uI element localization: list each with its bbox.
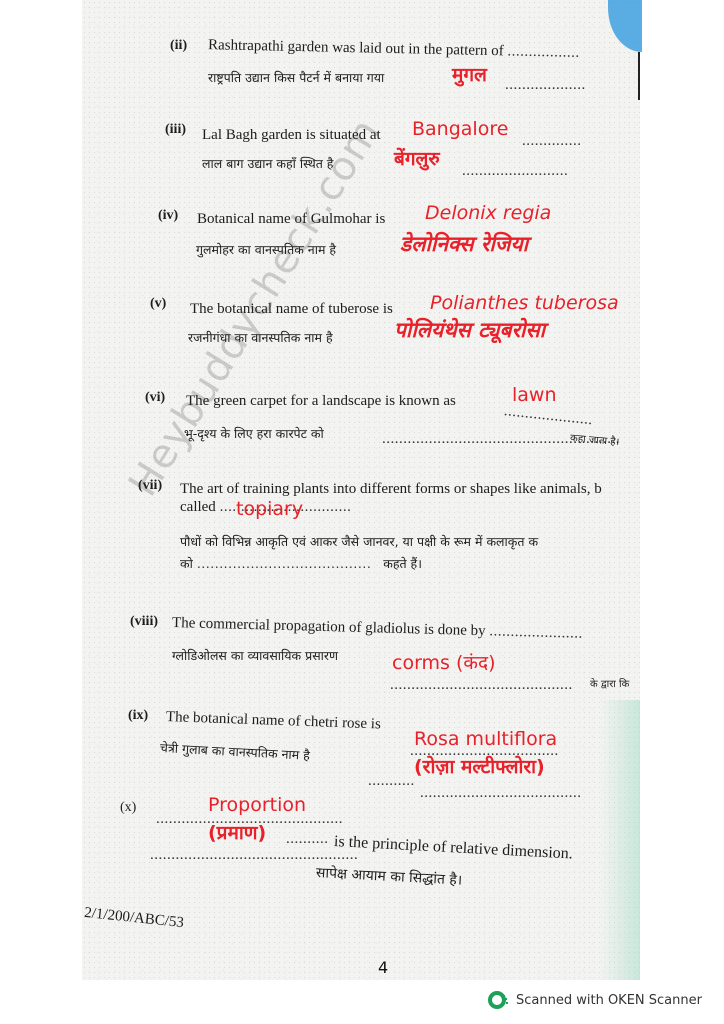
- question-text: को: [180, 556, 193, 571]
- question-number: (ix): [128, 708, 148, 724]
- page-number: 4: [378, 958, 388, 977]
- answer-english: Polianthes tuberosa: [430, 294, 619, 313]
- question-number: (x): [120, 800, 136, 816]
- answer-hindi: पोलियंथेस ट्यूबरोसा: [394, 320, 545, 341]
- question-number: (v): [150, 296, 166, 312]
- question-hindi-suffix: कहते हैं।: [383, 556, 422, 571]
- answer-hindi: मुगल: [452, 66, 487, 85]
- question-text-hindi: राष्ट्रपति उद्यान किस पैटर्न में बनाया ग…: [208, 70, 384, 85]
- blank-line: ........................................…: [390, 678, 573, 693]
- blank-line: .........................: [462, 164, 568, 179]
- question-number: (iii): [165, 122, 186, 138]
- page-edge-line: [638, 52, 640, 100]
- blank-line: ........................................…: [150, 848, 358, 863]
- answer-english: Delonix regia: [425, 204, 551, 223]
- question-text: called: [180, 499, 216, 515]
- blank-line: ...........: [368, 774, 415, 789]
- blank-line: ...................: [505, 78, 586, 93]
- question-hindi: ग्लोडिओलस का व्यावसायिक प्रसारण: [172, 650, 338, 663]
- answer-hindi: डेलोनिक्स रेजिया: [400, 234, 528, 255]
- answer-english: topiary: [236, 500, 303, 519]
- oken-scanner-logo-icon: [488, 990, 508, 1010]
- question-hindi-suffix: के द्वारा कि: [590, 680, 629, 690]
- blank-line: .......................................: [197, 556, 371, 571]
- question-english: The art of training plants into differen…: [180, 482, 602, 497]
- question-number: (ii): [170, 38, 187, 54]
- answer-english: lawn: [512, 386, 557, 405]
- question-number: (viii): [130, 614, 158, 630]
- blank-line: ......................: [489, 623, 583, 641]
- blank-line: .................: [507, 43, 580, 61]
- answer-hindi: (प्रमाण): [208, 824, 266, 843]
- answer-english: Bangalore: [412, 120, 508, 139]
- answer-hindi: (रोज़ा मल्टीफ्लोरा): [414, 758, 545, 777]
- answer-english: corms (कंद): [392, 654, 496, 673]
- question-number: (vi): [145, 390, 165, 406]
- blank-line: ......................................: [420, 786, 582, 801]
- question-hindi-line2: को .....................................…: [180, 558, 422, 571]
- blank-line: ..............: [522, 134, 582, 149]
- question-english: The botanical name of tuberose is: [190, 302, 393, 317]
- page-edge-shadow: [600, 700, 640, 980]
- scanner-badge: Scanned with OKEN Scanner: [488, 990, 702, 1010]
- question-number: (iv): [158, 208, 178, 224]
- question-hindi: पौधों को विभिन्न आकृति एवं आकर जैसे जानव…: [180, 536, 538, 549]
- answer-hindi: बेंगलुरु: [394, 150, 440, 169]
- question-hindi: राष्ट्रपति उद्यान किस पैटर्न में बनाया ग…: [208, 72, 384, 85]
- blank-line: ..........: [286, 832, 329, 847]
- answer-english: Proportion: [208, 796, 306, 815]
- scanner-label: Scanned with OKEN Scanner: [516, 993, 702, 1008]
